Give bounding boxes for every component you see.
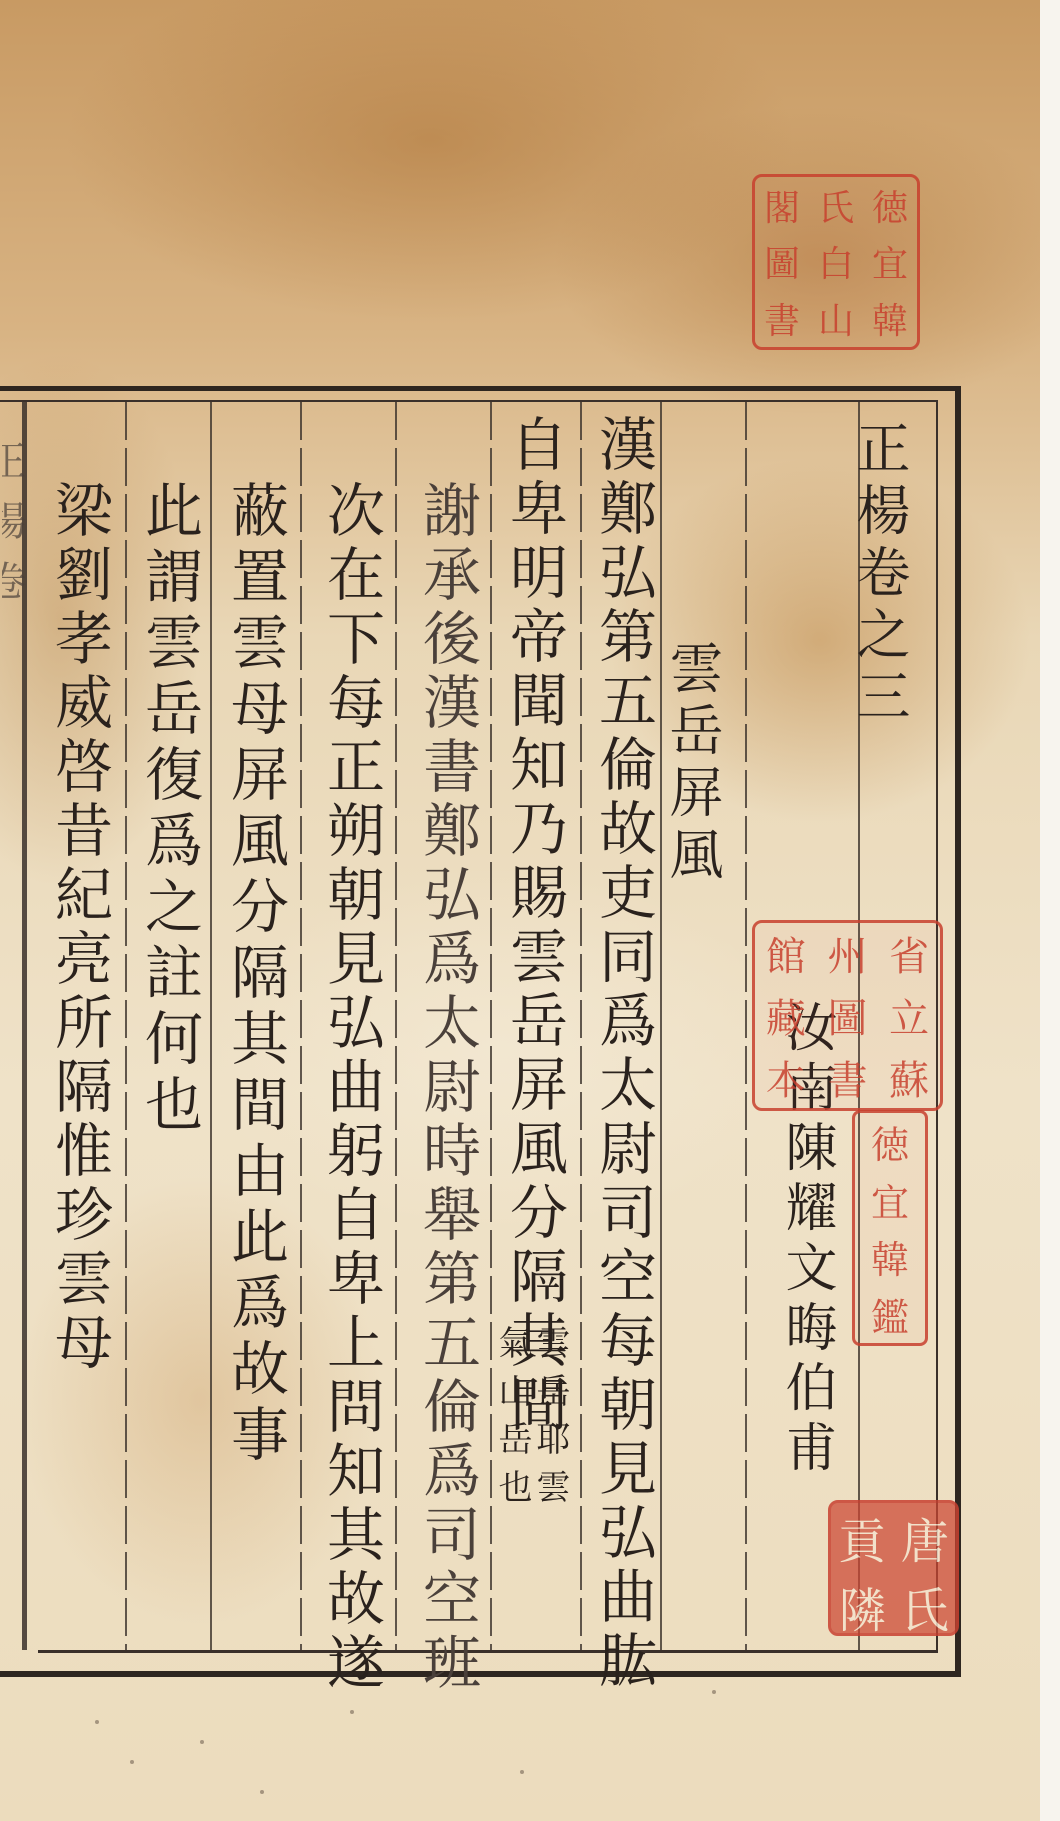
foxing-speck — [130, 1760, 134, 1764]
seal-char: 本 — [755, 1046, 817, 1108]
seal-char: 徳 — [863, 177, 917, 234]
note-right-line: 雲岳耶雲 — [533, 1325, 567, 1517]
volume-title: 正楊卷之三 — [852, 420, 906, 730]
seal-char: 立 — [878, 985, 940, 1047]
library-seal: 省 立 蘇 州 圖 書 館 藏 本 — [752, 920, 943, 1111]
seal-char: 圖 — [755, 234, 809, 291]
page-edge — [1040, 0, 1060, 1821]
text-column-7: 梁劉孝威啓昔紀亮所隔惟珍雲母 — [50, 480, 108, 1376]
seal-char: 山 — [809, 290, 863, 347]
seal-char: 宜 — [863, 234, 917, 291]
seal-char: 蘇 — [878, 1046, 940, 1108]
foxing-speck — [260, 1790, 264, 1794]
text-column-6: 此謂雲岳復爲之註何也 — [140, 480, 198, 1140]
column-rule — [300, 402, 302, 1650]
foxing-speck — [95, 1720, 99, 1724]
text-column-5: 蔽置雲母屏風分隔其間由此爲故事 — [226, 480, 284, 1470]
seal-char: 書 — [817, 1046, 879, 1108]
column-rule — [210, 402, 212, 1650]
inner-border-top — [0, 400, 938, 402]
text-column-3: 謝承後漢書鄭弘爲太尉時舉第五倫爲司空班 — [418, 480, 476, 1696]
text-column-2: 自卑明帝聞知乃賜雲岳屏風分隔其間 — [505, 414, 563, 1438]
seal-char: 州 — [817, 923, 879, 985]
foxing-speck — [200, 1740, 204, 1744]
collector-seal-tall: 徳 宜 韓 鑑 — [852, 1110, 928, 1346]
seal-char: 韓 — [855, 1228, 925, 1286]
double-line-note: 雲岳耶雲 氣山岳也 — [495, 1325, 567, 1517]
seal-char: 白 — [809, 234, 863, 291]
seal-char: 鑑 — [855, 1286, 925, 1344]
column-rule — [580, 402, 582, 1650]
column-rule — [125, 402, 127, 1650]
column-rule — [660, 402, 662, 1650]
seal-char: 書 — [755, 290, 809, 347]
foxing-speck — [350, 1710, 354, 1714]
collector-seal-bottom: 唐 氏 貢 隣 — [828, 1500, 959, 1636]
collector-seal-top: 徳 宜 韓 氏 白 山 閣 圖 書 — [752, 174, 920, 350]
text-column-1: 漢鄭弘第五倫故吏同爲太尉司空每朝見弘曲肱 — [594, 414, 652, 1694]
seal-char: 閣 — [755, 177, 809, 234]
seal-char: 圖 — [817, 985, 879, 1047]
section-heading: 雲岳屏風 — [665, 640, 719, 888]
seal-char: 氏 — [809, 177, 863, 234]
column-rule — [395, 402, 397, 1650]
foxing-speck — [520, 1770, 524, 1774]
foxing-speck — [712, 1690, 716, 1694]
seal-char: 徳 — [855, 1113, 925, 1171]
seal-char: 省 — [878, 923, 940, 985]
seal-char: 藏 — [755, 985, 817, 1047]
seal-char: 隣 — [831, 1572, 894, 1641]
note-left-line: 氣山岳也 — [495, 1325, 529, 1517]
seal-char: 唐 — [894, 1503, 957, 1572]
inner-border-bottom — [38, 1650, 938, 1653]
text-column-4: 次在下每正朔朝見弘曲躬自卑上問知其故遂 — [322, 480, 380, 1696]
seal-char: 韓 — [863, 290, 917, 347]
seal-char: 館 — [755, 923, 817, 985]
column-rule — [745, 402, 747, 1650]
seal-char: 宜 — [855, 1171, 925, 1229]
seal-char: 氏 — [894, 1572, 957, 1641]
adjacent-page-fragment: 正楊卷 — [2, 440, 32, 620]
seal-char: 貢 — [831, 1503, 894, 1572]
